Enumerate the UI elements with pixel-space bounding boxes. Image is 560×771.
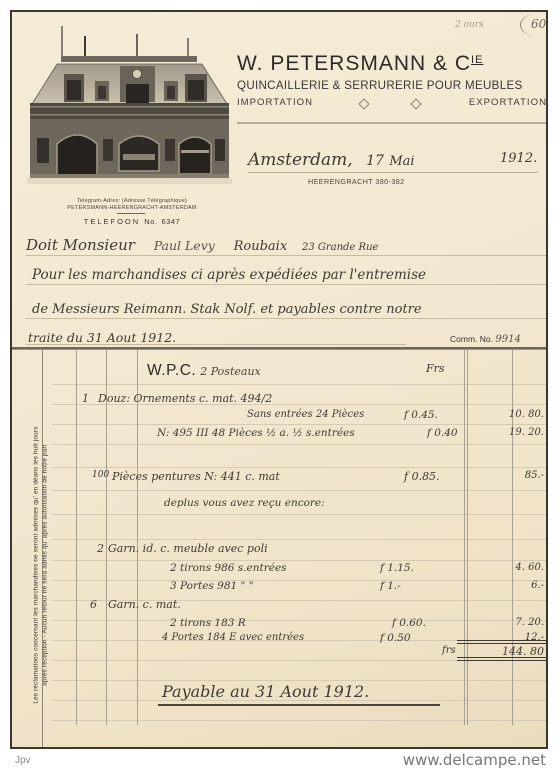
telefoon-label: TELEFOON — [84, 217, 140, 226]
ledger-column-line — [137, 350, 138, 725]
subtotal-rule — [457, 640, 546, 644]
telegram-address-value: PETERSMANN-HEERENGRACHT-AMSTERDAM — [32, 205, 232, 212]
addressee-prefix: Doit Monsieur — [26, 236, 135, 254]
ledger-row-line — [52, 384, 546, 385]
ledger-column-line — [76, 350, 77, 725]
comm-label: Comm. No. — [450, 334, 493, 344]
watermark-site: www.delcampe.net — [403, 751, 546, 769]
ledger-row-line — [52, 490, 546, 491]
diamond-ornament-icon — [410, 98, 421, 109]
ledger-header: W.P.C.2 Posteaux — [147, 362, 261, 380]
header-divider — [237, 122, 548, 124]
telegram-label: Telegram-Adres: (Adresse Télégraphique) — [32, 198, 232, 205]
ledger-row-line — [52, 580, 546, 581]
writing-rule — [26, 284, 546, 285]
comm-value: 9914 — [495, 334, 520, 345]
total-label: frs — [442, 645, 456, 656]
diamond-ornament-icon — [358, 98, 369, 109]
trade-description: QUINCAILLERIE & SERRURERIE POUR MEUBLES — [237, 79, 523, 92]
ledger-top-rule — [12, 347, 546, 350]
dateline: Amsterdam, 17 Mai 1912. — [248, 150, 415, 170]
importation-label: IMPORTATION — [237, 97, 313, 108]
ledger-row-line — [52, 560, 546, 561]
invoice-paper: 2 ours 60 — [10, 10, 548, 749]
ledger-row-line — [52, 620, 546, 621]
shipper-line: de Messieurs Reimann. Stak Nolf. et paya… — [32, 302, 422, 317]
ledger-row-line — [52, 467, 546, 468]
ledger-row-line — [52, 720, 546, 721]
ledger-column-line — [464, 350, 465, 725]
total-rule — [457, 657, 546, 661]
date-rule — [248, 172, 538, 173]
ledger-row-line — [52, 444, 546, 445]
claims-notice: Les réclamations concernant les marchand… — [32, 373, 58, 750]
currency-label: Frs — [426, 362, 445, 375]
pencil-circled-number: 60 — [520, 14, 548, 36]
date-city: Amsterdam, — [248, 150, 353, 170]
telephone: TELEFOON No. 6347 — [32, 217, 232, 226]
addressee-city: Roubaix — [234, 239, 288, 254]
draft-date-line: traite du 31 Aout 1912. — [28, 330, 176, 345]
writing-rule — [26, 318, 546, 319]
addressee-street: 23 Grande Rue — [302, 242, 378, 253]
uploader-tag: Jpv — [15, 755, 31, 766]
date-day: 17 — [366, 153, 384, 169]
company-name: W. PETERSMANN & CIE — [237, 52, 483, 76]
payment-terms: Payable au 31 Aout 1912. — [162, 682, 369, 701]
exportation-label: EXPORTATION — [469, 97, 547, 108]
ledger-row-line — [52, 424, 546, 425]
writing-rule — [26, 255, 546, 256]
ledger-row-line — [52, 539, 546, 540]
addressee-name: Paul Levy — [154, 238, 215, 253]
pencil-note: 2 ours — [455, 20, 484, 30]
ledger-column-line — [106, 350, 107, 725]
payment-terms-underline — [158, 704, 440, 706]
commission-number: Comm. No. 9914 — [450, 334, 521, 345]
shipping-mark: W.P.C. — [147, 362, 196, 379]
building-illustration — [27, 26, 232, 186]
telegram-address: Telegram-Adres: (Adresse Télégraphique) … — [32, 198, 232, 212]
date-month: Mai — [389, 154, 414, 169]
telefoon-no-label: No. — [144, 217, 157, 226]
street-address: HEERENGRACHT 380-382 — [308, 177, 405, 186]
ledger-row-line — [52, 514, 546, 515]
telefoon-number: 6347 — [162, 217, 181, 226]
ledger-row-line — [52, 680, 546, 681]
shipment-line: Pour les marchandises ci après expédiées… — [32, 267, 426, 283]
ledger-column-line — [467, 350, 468, 725]
addressee-line: Doit Monsieur Paul Levy Roubaix 23 Grand… — [26, 236, 378, 254]
package-count: 2 Posteaux — [200, 365, 261, 378]
date-year: 1912. — [500, 151, 537, 166]
ledger-column-line — [512, 350, 513, 725]
company-suffix: IE — [471, 54, 483, 66]
divider — [117, 213, 145, 214]
